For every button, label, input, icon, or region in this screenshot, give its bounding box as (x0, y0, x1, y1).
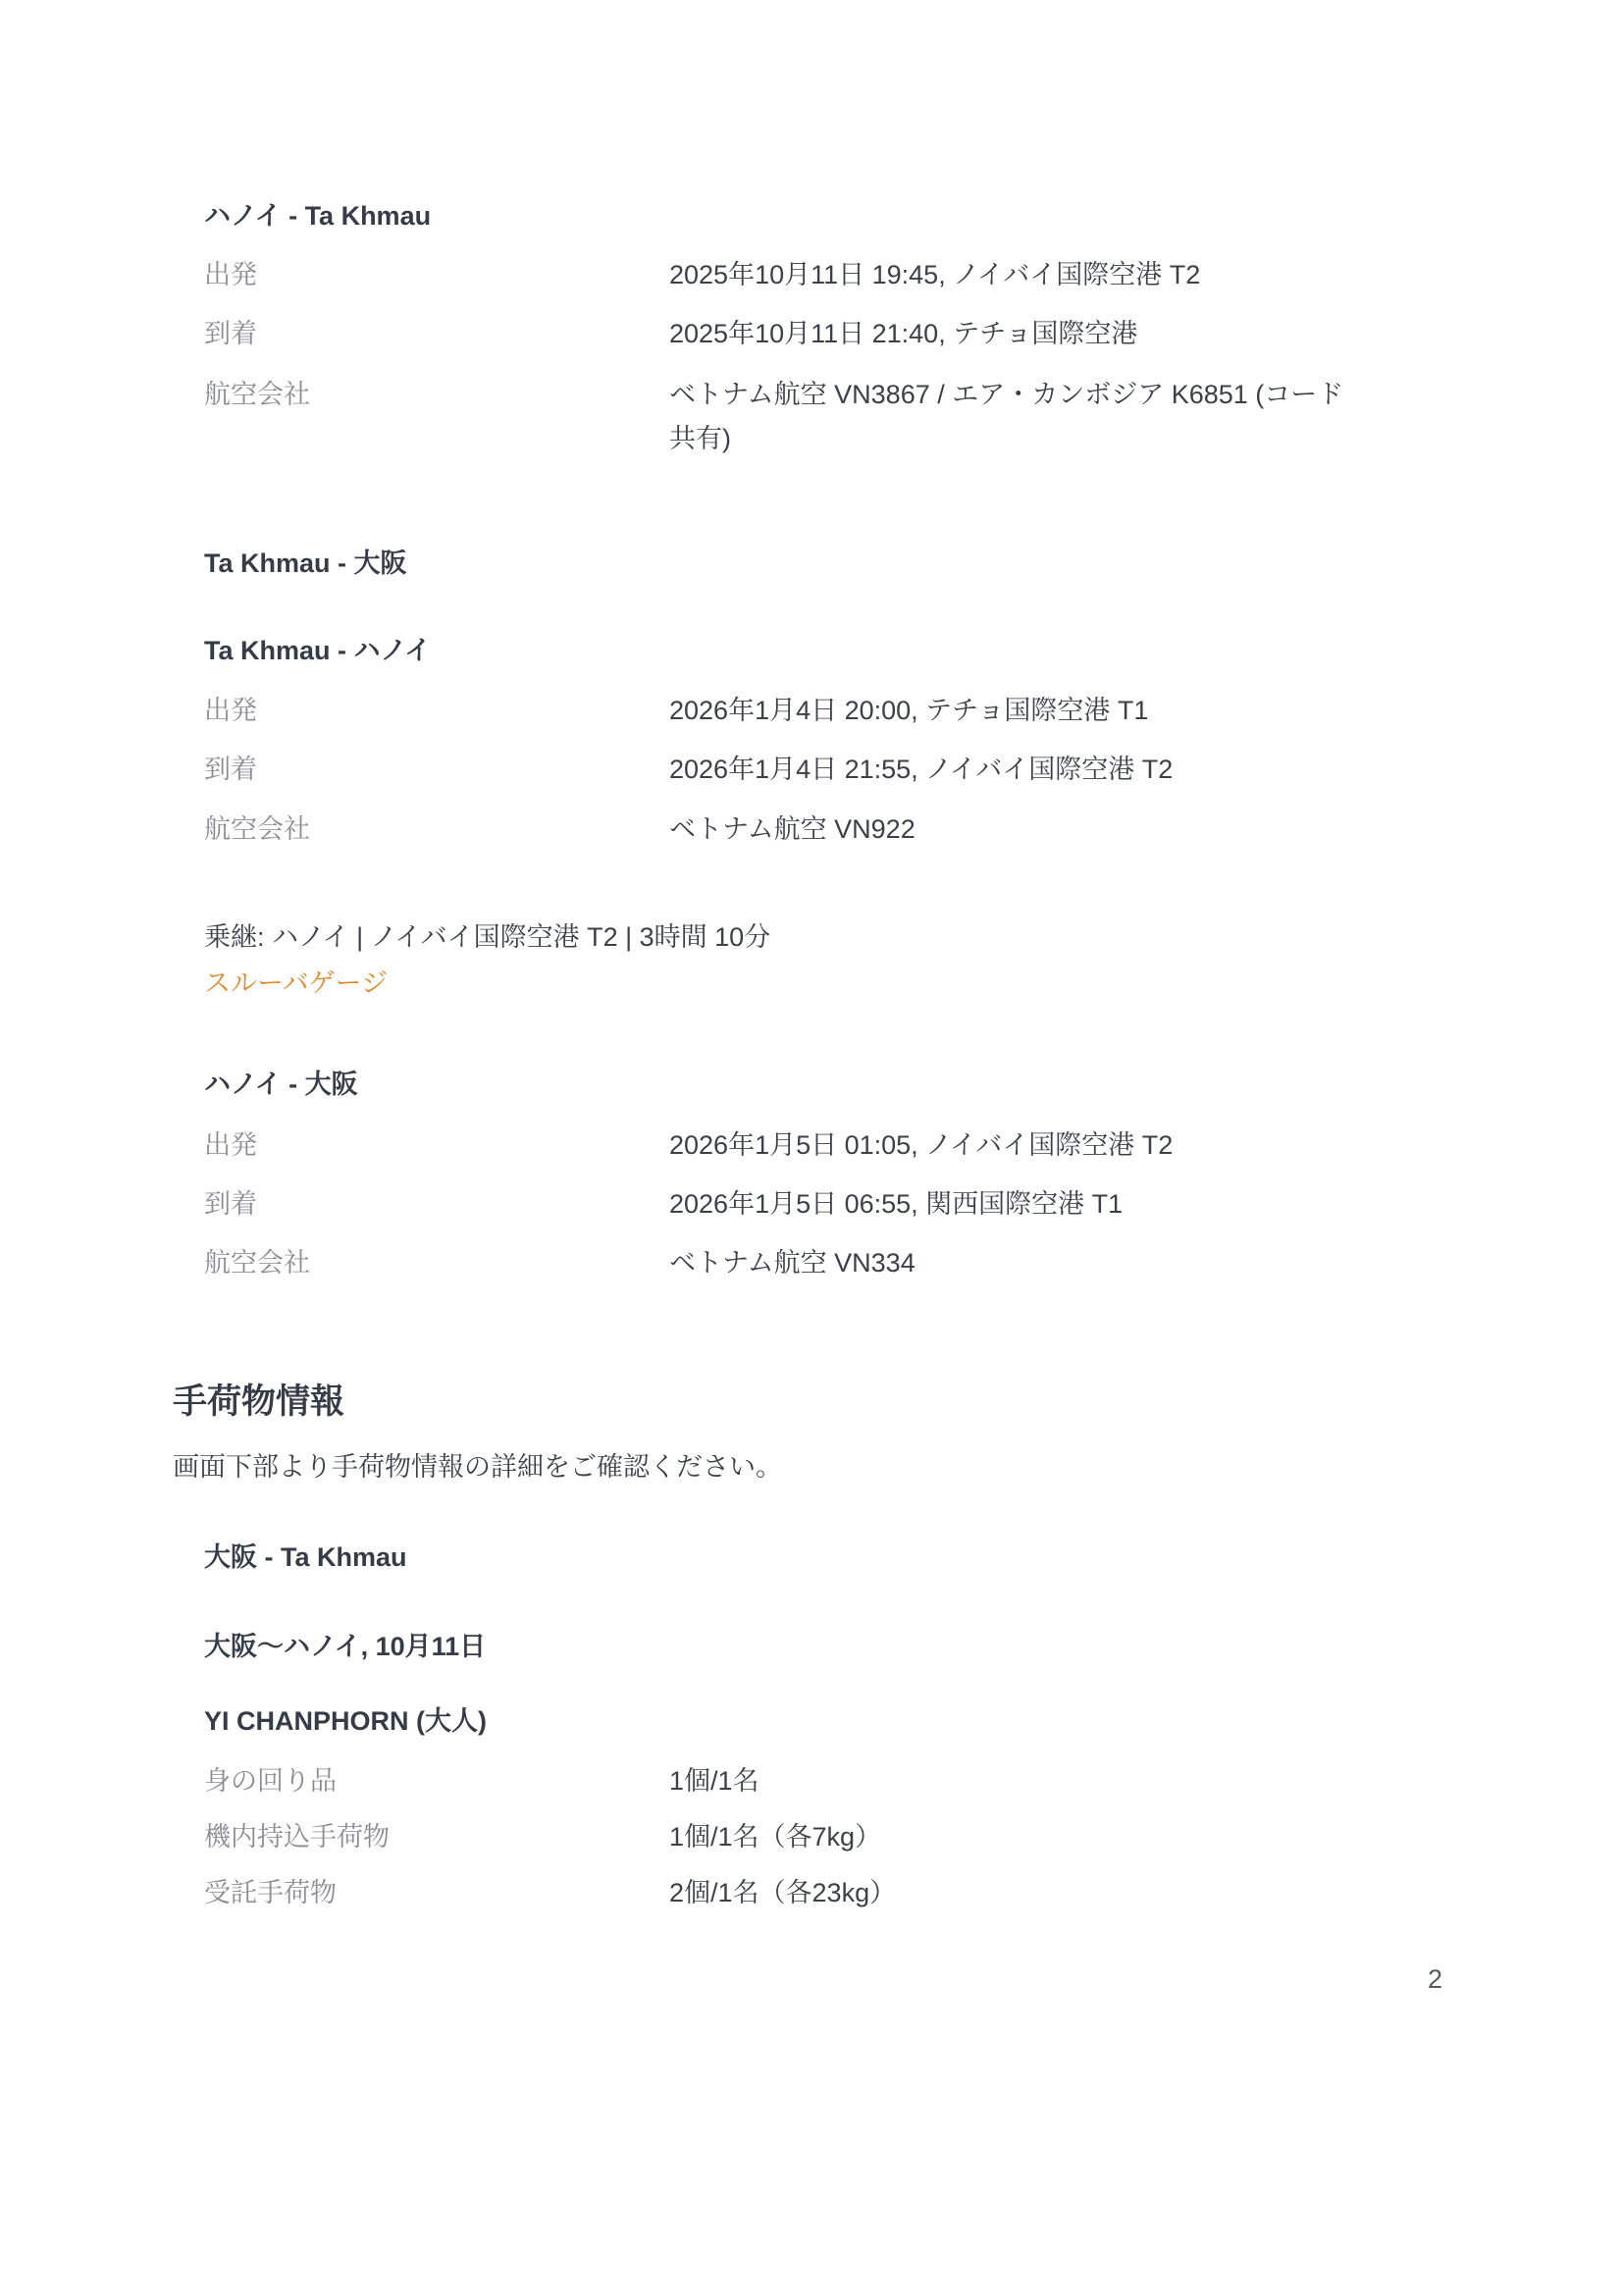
airline-label: 航空会社 (204, 382, 310, 408)
personal-item-value: 1個/1名 (669, 1768, 759, 1795)
return-route-title: Ta Khmau - 大阪 (204, 550, 407, 577)
airline-label: 航空会社 (204, 1250, 310, 1277)
departure-label: 出発 (204, 698, 257, 724)
carry-on-value: 1個/1名（各7kg） (669, 1824, 881, 1851)
arrival-label: 到着 (204, 757, 257, 783)
flight-segment-title: Ta Khmau - ハノイ (204, 638, 431, 664)
airline-label: 航空会社 (204, 816, 310, 843)
page-number: 2 (1428, 1966, 1442, 1993)
departure-label: 出発 (204, 262, 257, 288)
transfer-info: 乗継: ハノイ | ノイバイ国際空港 T2 | 3時間 10分 (204, 924, 770, 951)
checked-baggage-label: 受託手荷物 (204, 1880, 337, 1906)
arrival-value: 2026年1月5日 06:55, 関西国際空港 T1 (669, 1191, 1123, 1218)
arrival-value: 2025年10月11日 21:40, テチョ国際空港 (669, 321, 1137, 347)
departure-value: 2026年1月5日 01:05, ノイバイ国際空港 T2 (669, 1132, 1173, 1159)
passenger-name: YI CHANPHORN (大人) (204, 1708, 487, 1735)
arrival-value: 2026年1月4日 21:55, ノイバイ国際空港 T2 (669, 757, 1173, 783)
through-baggage-link[interactable]: スルーバゲージ (204, 970, 388, 997)
flight-segment-title: ハノイ - Ta Khmau (204, 203, 431, 230)
arrival-label: 到着 (204, 1191, 257, 1218)
baggage-section-title: 手荷物情報 (173, 1384, 344, 1419)
airline-value: ベトナム航空 VN922 (669, 816, 916, 843)
departure-value: 2026年1月4日 20:00, テチョ国際空港 T1 (669, 698, 1148, 724)
checked-baggage-value: 2個/1名（各23kg） (669, 1880, 896, 1906)
personal-item-label: 身の回り品 (204, 1768, 337, 1795)
flight-segment-title: ハノイ - 大阪 (204, 1071, 358, 1098)
baggage-route-title: 大阪 - Ta Khmau (204, 1544, 407, 1571)
baggage-leg-title: 大阪〜ハノイ, 10月11日 (204, 1634, 486, 1660)
airline-value: ベトナム航空 VN3867 / エア・カンボジア K6851 (コード共有) (669, 373, 1351, 461)
baggage-description: 画面下部より手荷物情報の詳細をご確認ください。 (173, 1454, 782, 1481)
carry-on-label: 機内持込手荷物 (204, 1824, 390, 1851)
airline-value: ベトナム航空 VN334 (669, 1250, 916, 1277)
arrival-label: 到着 (204, 321, 257, 347)
departure-value: 2025年10月11日 19:45, ノイバイ国際空港 T2 (669, 262, 1200, 288)
departure-label: 出発 (204, 1132, 257, 1159)
